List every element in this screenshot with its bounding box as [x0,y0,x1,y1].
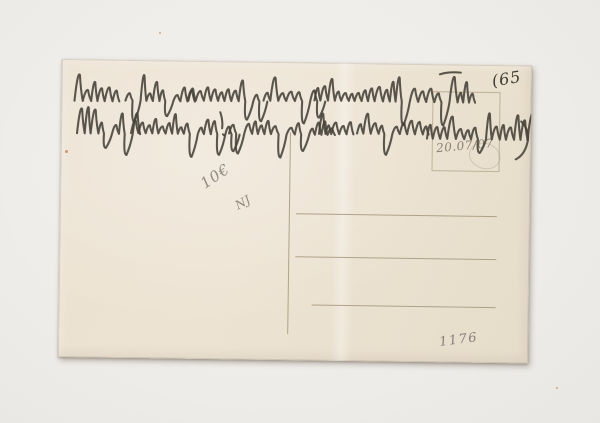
handwriting-stroke [440,72,461,75]
dust-speck [556,387,558,389]
dust-speck [65,150,68,153]
handwriting-message [58,59,532,365]
scan-background: 20.07/07 10€ NJ 1176 (65 [0,0,600,423]
handwriting-stroke [357,113,429,155]
handwriting-stroke [263,77,325,124]
handwriting-stroke [220,112,224,135]
handwriting-stroke [427,112,532,160]
postcard: 20.07/07 10€ NJ 1176 (65 [58,59,532,364]
message-line-2 [77,107,532,162]
dust-speck [159,32,161,34]
handwriting-stroke [319,113,354,134]
handwriting-stroke [189,80,268,122]
handwriting-stroke [188,80,267,122]
